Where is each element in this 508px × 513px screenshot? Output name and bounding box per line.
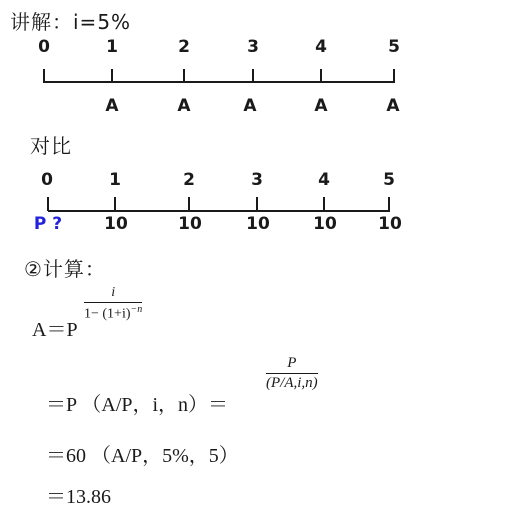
timeline-p-flow-5: 10 — [378, 214, 402, 234]
present-value-label: P ? — [34, 214, 62, 234]
timeline-p-tick-label-2: 2 — [183, 170, 195, 190]
timeline-a-flow-4: A — [314, 96, 327, 116]
formula-line2-fraction: P (P/A,i,n) — [266, 355, 318, 392]
tick-mark — [388, 197, 390, 211]
denominator-base: 1− (1+i) — [84, 307, 131, 322]
timeline-a-tick-label-3: 3 — [247, 37, 259, 57]
timeline-a-tick-label-0: 0 — [38, 37, 50, 57]
formula-line3: ＝60 （A/P，5%，5） — [46, 439, 239, 468]
formula-line1-lhs: A＝P — [32, 313, 78, 342]
timeline-a-flow-3: A — [243, 96, 256, 116]
timeline-p-flow-3: 10 — [246, 214, 270, 234]
timeline-a-flow-5: A — [386, 96, 399, 116]
formula-line1-fraction: i 1− (1+i)−n — [84, 285, 142, 323]
timeline-p-tick-label-5: 5 — [383, 170, 395, 190]
timeline-p-tick-label-4: 4 — [318, 170, 330, 190]
tick-mark — [256, 197, 258, 211]
tick-mark — [323, 197, 325, 211]
fraction-denominator: (P/A,i,n) — [266, 374, 318, 392]
timeline-p-tick-label-1: 1 — [109, 170, 121, 190]
fraction-numerator: i — [84, 285, 142, 303]
timeline-axis — [48, 210, 390, 212]
denominator-exponent: −n — [131, 304, 143, 315]
timeline-p-tick-label-3: 3 — [251, 170, 263, 190]
timeline-p-flow-4: 10 — [313, 214, 337, 234]
timeline-a-tick-label-1: 1 — [106, 37, 118, 57]
fraction-denominator: 1− (1+i)−n — [84, 303, 142, 323]
timeline-p-flow-1: 10 — [104, 214, 128, 234]
timeline-p-flow-2: 10 — [178, 214, 202, 234]
formula-line4: ＝13.86 — [46, 480, 111, 509]
formula-line2-lhs: ＝P （A/P，i，n）＝ — [46, 388, 228, 417]
timeline-a-flow-2: A — [177, 96, 190, 116]
timeline-p-tick-label-0: 0 — [41, 170, 53, 190]
tick-mark — [47, 197, 49, 211]
timeline-a-tick-label-4: 4 — [315, 37, 327, 57]
compare-label: 对比 — [30, 130, 72, 159]
calculation-heading: ②计算： — [24, 253, 106, 282]
timeline-a-tick-label-5: 5 — [388, 37, 400, 57]
page-title: 讲解：i=5% — [10, 6, 131, 35]
tick-mark — [114, 197, 116, 211]
tick-mark — [188, 197, 190, 211]
timeline-axis — [43, 81, 395, 83]
fraction-numerator: P — [266, 355, 318, 374]
timeline-a-tick-label-2: 2 — [178, 37, 190, 57]
lecture-notes-page: 讲解：i=5% 0 1 2 3 4 5 A A A A A 对比 0 1 2 3… — [0, 0, 508, 513]
timeline-a-flow-1: A — [105, 96, 118, 116]
